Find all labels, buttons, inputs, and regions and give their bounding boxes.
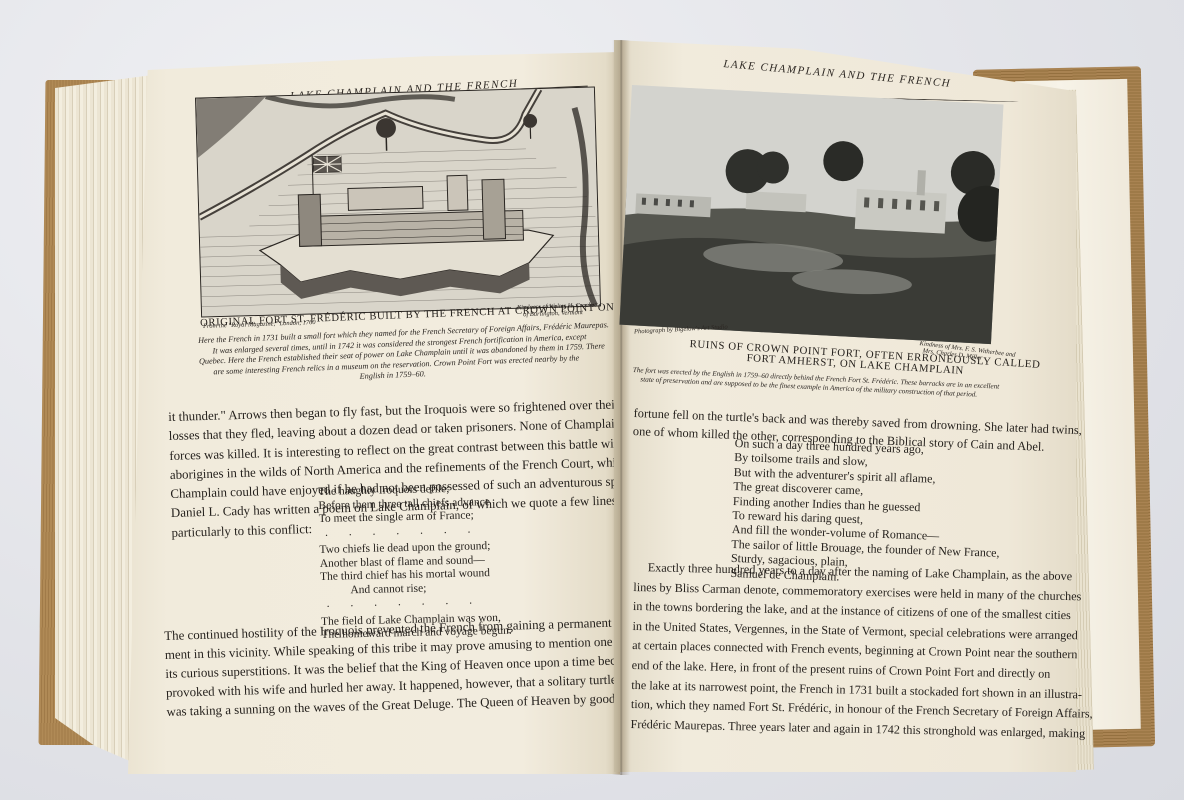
fort-ruins-photograph [619,85,1003,344]
fort-engraving-illustration [195,86,601,317]
poem-ellipsis: . . . . . . . [321,594,512,612]
book-gutter [612,40,630,775]
fort-ruins-photo-icon [619,85,1003,344]
right-paragraph-2: Exactly three hundred years to a day aft… [630,558,1095,744]
left-paragraph-2: The continued hostility of the Iroquois … [164,613,649,722]
fort-engraving-icon [196,87,600,316]
